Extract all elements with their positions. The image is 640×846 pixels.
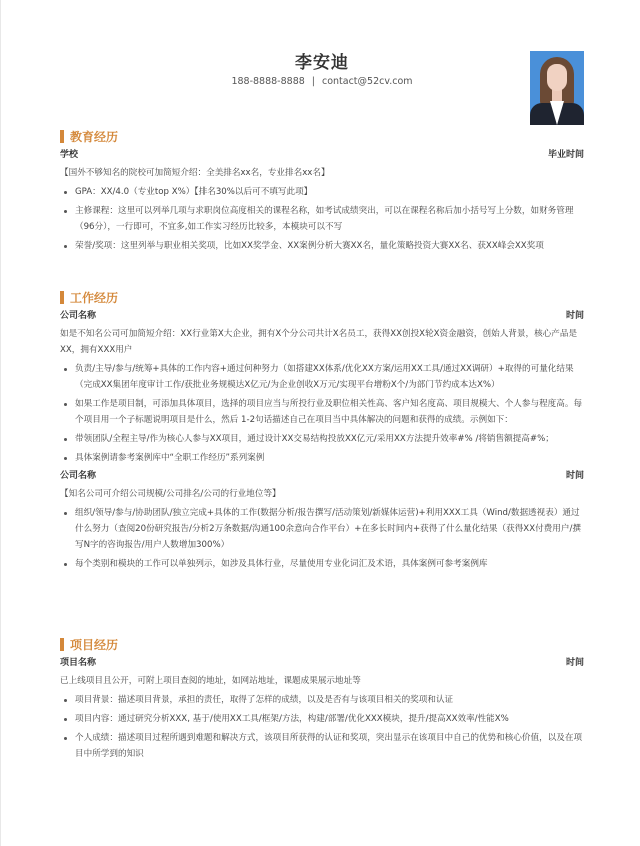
project-date: 时间 — [566, 657, 584, 670]
list-item: 组织/领导/参与/协助团队/独立完成+具体的工作(数据分析/报告撰写/活动策划/… — [60, 505, 584, 553]
phone-number: 188-8888-8888 — [231, 76, 304, 87]
list-item: 带领团队/全程主导/作为核心人参与XX项目，通过设计XX交易结构投放XX亿元/采… — [60, 431, 584, 447]
list-item: 个人成绩：描述项目过程所遇到难题和解决方式，该项目所获得的认证和奖项，突出显示在… — [60, 730, 584, 762]
education-entry-header: 学校 毕业时间 — [60, 149, 584, 162]
email-address: contact@52cv.com — [322, 76, 413, 87]
contact-line: 188-8888-8888|contact@52cv.com — [60, 76, 584, 87]
list-item: 主修课程：这里可以列举几项与求职岗位高度相关的课程名称，如考试成绩突出，可以在课… — [60, 203, 584, 235]
contact-separator: | — [312, 76, 315, 87]
work-entry: 公司名称 时间 如是不知名公司可加简短介绍：XX行业第X大企业，拥有X个分公司共… — [60, 310, 584, 466]
project-intro: 已上线项目且公开，可附上项目查阅的地址，如网站地址，课题成果展示地址等 — [60, 673, 584, 689]
list-item: 荣誉/奖项：这里列举与职业相关奖项，比如XX奖学金、XX案例分析大赛XX名，量化… — [60, 238, 584, 254]
resume-page: 李安迪 188-8888-8888|contact@52cv.com 教育经历 … — [60, 0, 584, 120]
project-entry-header: 项目名称 时间 — [60, 657, 584, 670]
list-item: 如果工作是项目制，可添加具体项目，选择的项目应当与所投行业及职位相关性高、客户知… — [60, 396, 584, 428]
work-bullets: 组织/领导/参与/协助团队/独立完成+具体的工作(数据分析/报告撰写/活动策划/… — [60, 505, 584, 572]
project-bullets: 项目背景：描述项目背景，承担的责任，取得了怎样的成绩，以及是否有与该项目相关的奖… — [60, 692, 584, 762]
work-title: 工作经历 — [70, 289, 118, 306]
portrait-photo-icon — [530, 51, 584, 125]
school-intro: 【国外不够知名的院校可加简短介绍：全美排名xx名，专业排名xx名】 — [60, 165, 584, 181]
work-entry-header: 公司名称 时间 — [60, 310, 584, 323]
list-item: 负责/主导/参与/统筹+具体的工作内容+通过何种努力（如搭建XX体系/优化XX方… — [60, 361, 584, 393]
list-item: 项目内容：通过研究分析XXX, 基于/使用XX工具/框架/方法，构建/部署/优化… — [60, 711, 584, 727]
work-bullets: 负责/主导/参与/统筹+具体的工作内容+通过何种努力（如搭建XX体系/优化XX方… — [60, 361, 584, 466]
section-accent-bar — [60, 638, 64, 651]
list-item: GPA：XX/4.0（专业top X%）【排名30%以后可不填写此项】 — [60, 184, 584, 200]
project-name: 项目名称 — [60, 657, 96, 670]
work-section: 工作经历 公司名称 时间 如是不知名公司可加简短介绍：XX行业第X大企业，拥有X… — [60, 289, 584, 575]
company-intro: 如是不知名公司可加简短介绍：XX行业第X大企业，拥有X个分公司共计X名员工，获得… — [60, 326, 584, 358]
projects-section: 项目经历 项目名称 时间 已上线项目且公开，可附上项目查阅的地址，如网站地址，课… — [60, 636, 584, 765]
section-accent-bar — [60, 291, 64, 304]
list-item: 每个类别和模块的工作可以单独列示，如涉及具体行业，尽量使用专业化词汇及术语，具体… — [60, 556, 584, 572]
graduation-date: 毕业时间 — [548, 149, 584, 162]
education-title: 教育经历 — [70, 128, 118, 145]
section-accent-bar — [60, 130, 64, 143]
candidate-name: 李安迪 — [60, 48, 584, 73]
work-date: 时间 — [566, 310, 584, 323]
section-title: 工作经历 — [60, 289, 584, 305]
list-item: 具体案例请参考案例库中“全职工作经历”系列案例 — [60, 450, 584, 466]
company-intro: 【知名公司可介绍公司规模/公司排名/公司的行业地位等】 — [60, 486, 584, 502]
work-entry-header: 公司名称 时间 — [60, 470, 584, 483]
projects-title: 项目经历 — [70, 636, 118, 653]
section-title: 教育经历 — [60, 128, 584, 144]
company-name: 公司名称 — [60, 310, 96, 323]
education-section: 教育经历 学校 毕业时间 【国外不够知名的院校可加简短介绍：全美排名xx名，专业… — [60, 128, 584, 257]
resume-header: 李安迪 188-8888-8888|contact@52cv.com — [60, 0, 584, 120]
education-bullets: GPA：XX/4.0（专业top X%）【排名30%以后可不填写此项】 主修课程… — [60, 184, 584, 254]
school-name: 学校 — [60, 149, 78, 162]
work-date: 时间 — [566, 470, 584, 483]
work-entry: 公司名称 时间 【知名公司可介绍公司规模/公司排名/公司的行业地位等】 组织/领… — [60, 470, 584, 572]
section-title: 项目经历 — [60, 636, 584, 652]
company-name: 公司名称 — [60, 470, 96, 483]
list-item: 项目背景：描述项目背景，承担的责任，取得了怎样的成绩，以及是否有与该项目相关的奖… — [60, 692, 584, 708]
